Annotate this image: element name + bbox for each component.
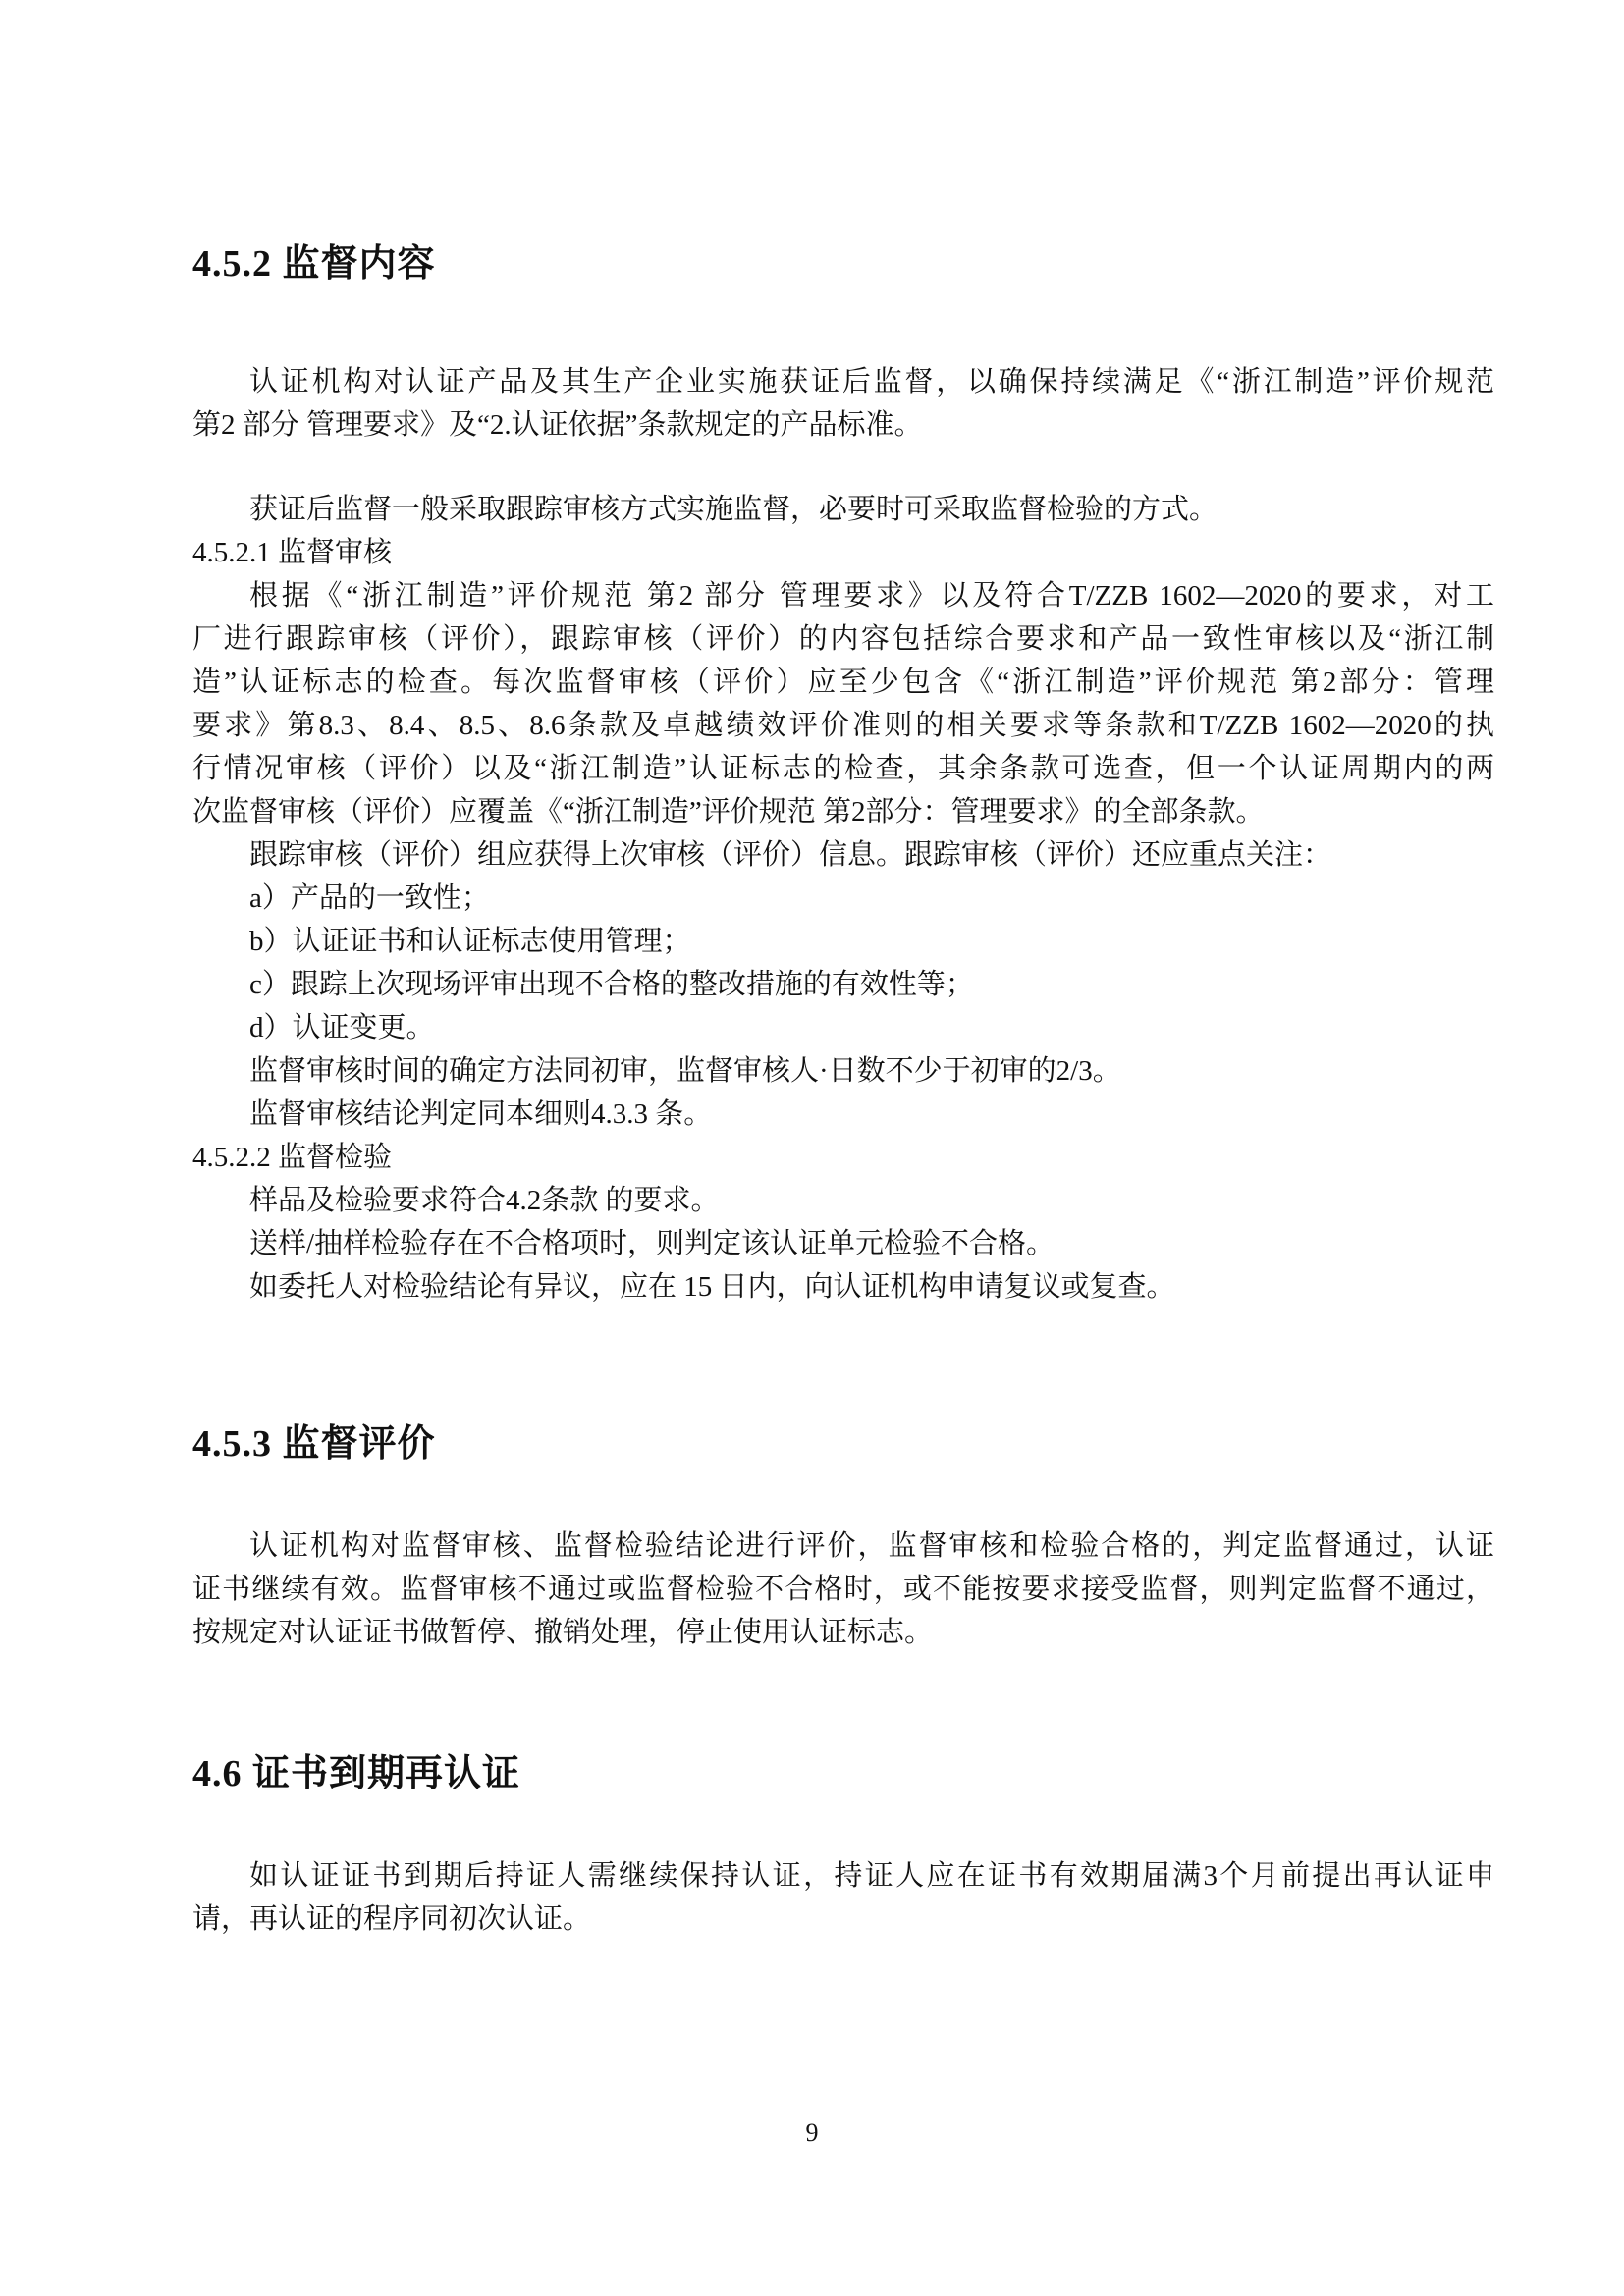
text-line: 样品及检验要求符合4.2条款 的要求。	[192, 1179, 1494, 1222]
paragraph: 4.5.2.1 监督审核	[192, 531, 1494, 574]
text-line: b）认证证书和认证标志使用管理；	[192, 920, 1494, 963]
text-line: 厂进行跟踪审核（评价），跟踪审核（评价）的内容包括综合要求和产品一致性审核以及“…	[192, 617, 1494, 661]
paragraph: a）产品的一致性；	[192, 877, 1494, 920]
paragraph: 认证机构对监督审核、监督检验结论进行评价，监督审核和检验合格的，判定监督通过，认…	[192, 1524, 1494, 1654]
text-line: 造”认证标志的检查。每次监督审核（评价）应至少包含《“浙江制造”评价规范 第2部…	[192, 661, 1494, 704]
text-line: 4.5.2.2 监督检验	[192, 1136, 1494, 1179]
text-line: a）产品的一致性；	[192, 877, 1494, 920]
text-line: 认证机构对监督审核、监督检验结论进行评价，监督审核和检验合格的，判定监督通过，认…	[192, 1524, 1494, 1568]
page-number: 9	[0, 2116, 1624, 2150]
text-line: 监督审核结论判定同本细则4.3.3 条。	[192, 1093, 1494, 1136]
paragraph: b）认证证书和认证标志使用管理；	[192, 920, 1494, 963]
text-line: 如委托人对检验结论有异议，应在 15 日内，向认证机构申请复议或复查。	[192, 1265, 1494, 1308]
text-line: 行情况审核（评价）以及“浙江制造”认证标志的检查，其余条款可选查，但一个认证周期…	[192, 747, 1494, 790]
text-line: 证书继续有效。监督审核不通过或监督检验不合格时，或不能按要求接受监督，则判定监督…	[192, 1568, 1494, 1611]
document-page: 4.5.2 监督内容认证机构对认证产品及其生产企业实施获证后监督，以确保持续满足…	[0, 0, 1624, 2296]
paragraph: 跟踪审核（评价）组应获得上次审核（评价）信息。跟踪审核（评价）还应重点关注：	[192, 833, 1494, 877]
paragraph: 4.5.2.2 监督检验	[192, 1136, 1494, 1179]
text-line: 跟踪审核（评价）组应获得上次审核（评价）信息。跟踪审核（评价）还应重点关注：	[192, 833, 1494, 877]
text-line: 如认证证书到期后持证人需继续保持认证，持证人应在证书有效期届满3个月前提出再认证…	[192, 1854, 1494, 1897]
text-line: 送样/抽样检验存在不合格项时，则判定该认证单元检验不合格。	[192, 1222, 1494, 1265]
paragraph: 监督审核结论判定同本细则4.3.3 条。	[192, 1093, 1494, 1136]
paragraph: 认证机构对认证产品及其生产企业实施获证后监督，以确保持续满足《“浙江制造”评价规…	[192, 360, 1494, 447]
paragraph: 如认证证书到期后持证人需继续保持认证，持证人应在证书有效期届满3个月前提出再认证…	[192, 1854, 1494, 1941]
text-line: 4.5.2 监督内容	[192, 237, 1494, 292]
paragraph: 样品及检验要求符合4.2条款 的要求。	[192, 1179, 1494, 1222]
section-heading: 4.5.3 监督评价	[192, 1416, 1494, 1471]
text-line: 根据《“浙江制造”评价规范 第2 部分 管理要求》以及符合T/ZZB 1602—…	[192, 574, 1494, 617]
text-line: c）跟踪上次现场评审出现不合格的整改措施的有效性等；	[192, 963, 1494, 1006]
paragraph: 根据《“浙江制造”评价规范 第2 部分 管理要求》以及符合T/ZZB 1602—…	[192, 574, 1494, 833]
text-line: 要求》第8.3、8.4、8.5、8.6条款及卓越绩效评价准则的相关要求等条款和T…	[192, 704, 1494, 747]
text-line: 4.5.2.1 监督审核	[192, 531, 1494, 574]
paragraph: c）跟踪上次现场评审出现不合格的整改措施的有效性等；	[192, 963, 1494, 1006]
document-body: 4.5.2 监督内容认证机构对认证产品及其生产企业实施获证后监督，以确保持续满足…	[192, 237, 1494, 1941]
text-line: 认证机构对认证产品及其生产企业实施获证后监督，以确保持续满足《“浙江制造”评价规…	[192, 360, 1494, 403]
paragraph: 监督审核时间的确定方法同初审，监督审核人·日数不少于初审的2/3。	[192, 1049, 1494, 1093]
paragraph: d）认证变更。	[192, 1006, 1494, 1049]
text-line: 获证后监督一般采取跟踪审核方式实施监督，必要时可采取监督检验的方式。	[192, 488, 1494, 531]
text-line: d）认证变更。	[192, 1006, 1494, 1049]
paragraph: 获证后监督一般采取跟踪审核方式实施监督，必要时可采取监督检验的方式。	[192, 488, 1494, 531]
section-heading: 4.6 证书到期再认证	[192, 1746, 1494, 1801]
section-heading: 4.5.2 监督内容	[192, 237, 1494, 292]
text-line: 监督审核时间的确定方法同初审，监督审核人·日数不少于初审的2/3。	[192, 1049, 1494, 1093]
text-line: 4.5.3 监督评价	[192, 1416, 1494, 1471]
text-line: 第2 部分 管理要求》及“2.认证依据”条款规定的产品标准。	[192, 403, 1494, 447]
text-line: 次监督审核（评价）应覆盖《“浙江制造”评价规范 第2部分：管理要求》的全部条款。	[192, 790, 1494, 833]
text-line: 请，再认证的程序同初次认证。	[192, 1897, 1494, 1941]
paragraph: 如委托人对检验结论有异议，应在 15 日内，向认证机构申请复议或复查。	[192, 1265, 1494, 1308]
paragraph: 送样/抽样检验存在不合格项时，则判定该认证单元检验不合格。	[192, 1222, 1494, 1265]
text-line: 4.6 证书到期再认证	[192, 1746, 1494, 1801]
text-line: 按规定对认证证书做暂停、撤销处理，停止使用认证标志。	[192, 1611, 1494, 1654]
